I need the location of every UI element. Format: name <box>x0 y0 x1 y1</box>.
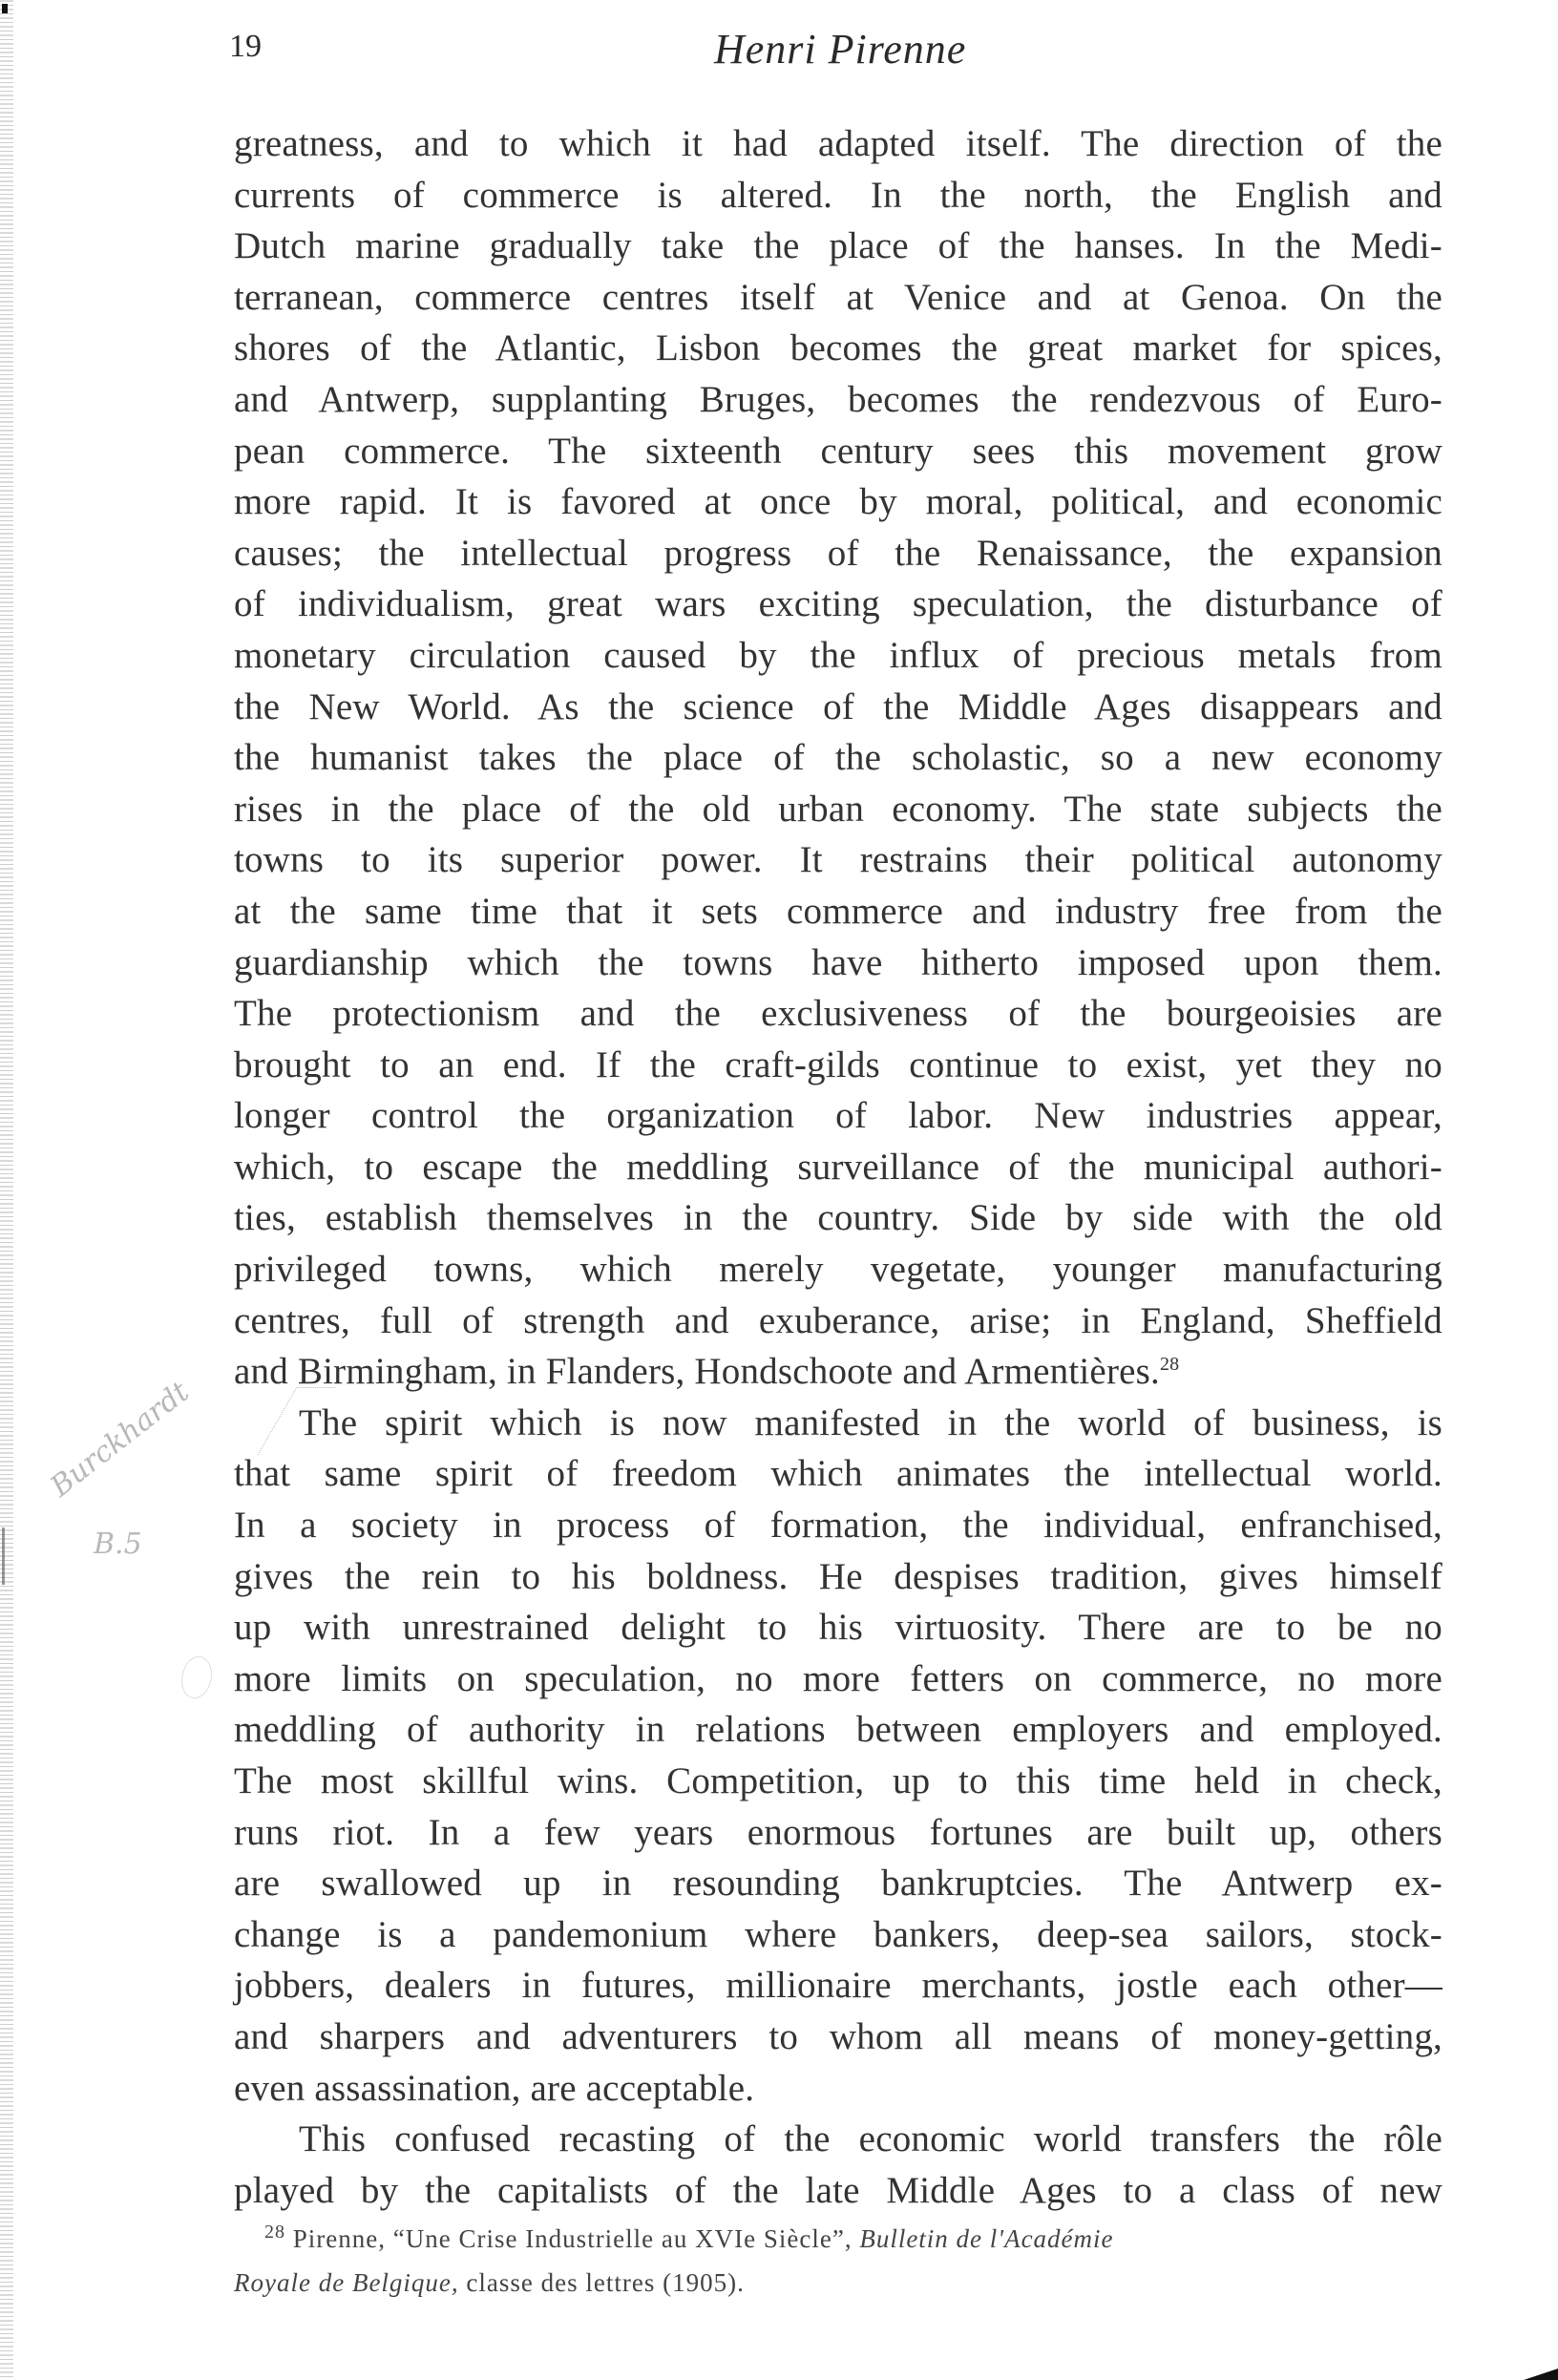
text-line: rises in the place of the old urban econ… <box>234 784 1442 835</box>
body-text: greatness, and to which it had adapted i… <box>234 118 1442 2216</box>
handwritten-margin-note: Burckhardt <box>44 1376 195 1504</box>
text-line: at the same time that it sets commerce a… <box>234 886 1442 937</box>
scan-binding-mark <box>2 1527 5 1585</box>
text-line: shores of the Atlantic, Lisbon becomes t… <box>234 323 1442 374</box>
scan-corner-mark <box>2 4 8 13</box>
scan-corner-shadow <box>1524 2369 1558 2380</box>
text-line: The most skillful wins. Competition, up … <box>234 1756 1442 1807</box>
footnote-reference: 28 <box>1160 1354 1179 1375</box>
footnote-article: “Une Crise Industrielle au XVIe Siècle”, <box>393 2224 860 2253</box>
text-line: meddling of authority in relations betwe… <box>234 1704 1442 1756</box>
text-line: and Antwerp, supplanting Bruges, becomes… <box>234 374 1442 426</box>
text-line: In a society in process of formation, th… <box>234 1500 1442 1551</box>
footnote-journal: Bulletin de l'Académie <box>859 2224 1113 2253</box>
text-line: guardianship which the towns have hither… <box>234 937 1442 989</box>
footnotes: 28 Pirenne, “Une Crise Industrielle au X… <box>234 2217 1442 2305</box>
margin-scribble-mark <box>174 1652 220 1702</box>
footnote-author: Pirenne, <box>293 2224 393 2253</box>
text-line: up with unrestrained delight to his virt… <box>234 1602 1442 1653</box>
text-line: that same spirit of freedom which animat… <box>234 1448 1442 1500</box>
text-line: longer control the organization of labor… <box>234 1090 1442 1142</box>
running-head: 19 Henri Pirenne <box>0 25 1558 82</box>
text-line: causes; the intellectual progress of the… <box>234 528 1442 579</box>
paragraph-start-line: The spirit which is now manifested in th… <box>234 1398 1442 1449</box>
text-line: pean commerce. The sixteenth century see… <box>234 426 1442 477</box>
text-line: towns to its superior power. It restrain… <box>234 834 1442 886</box>
footnote-line: Royale de Belgique, classe des lettres (… <box>234 2261 1442 2305</box>
footnote-number: 28 <box>264 2222 285 2243</box>
text-line: which, to escape the meddling surveillan… <box>234 1142 1442 1193</box>
text-line-with-footnote-ref: and Birmingham, in Flanders, Hondschoote… <box>234 1346 1442 1398</box>
text-line: centres, full of strength and exuberance… <box>234 1295 1442 1347</box>
text-line: gives the rein to his boldness. He despi… <box>234 1551 1442 1603</box>
footnote-rest: classe des lettres (1905). <box>459 2268 745 2297</box>
text-line-content: and Birmingham, in Flanders, Hondschoote… <box>234 1351 1160 1392</box>
text-line: more rapid. It is favored at once by mor… <box>234 476 1442 528</box>
text-line: ties, establish themselves in the countr… <box>234 1192 1442 1244</box>
text-line: monetary circulation caused by the influ… <box>234 630 1442 682</box>
page-number: 19 <box>229 29 262 65</box>
footnote-journal-cont: Royale de Belgique, <box>234 2268 459 2297</box>
paragraph-end-line: even assassination, are acceptable. <box>234 2063 1442 2115</box>
text-line: brought to an end. If the craft-gilds co… <box>234 1040 1442 1091</box>
running-title: Henri Pirenne <box>714 25 966 74</box>
book-page: 19 Henri Pirenne greatness, and to which… <box>0 0 1558 2380</box>
text-line: currents of commerce is altered. In the … <box>234 170 1442 221</box>
paragraph-start-line: This confused recasting of the economic … <box>234 2114 1442 2165</box>
text-line: the humanist takes the place of the scho… <box>234 732 1442 784</box>
text-line: terranean, commerce centres itself at Ve… <box>234 272 1442 324</box>
handwritten-margin-note-ref: B.5 <box>94 1527 142 1561</box>
text-line: and sharpers and adventurers to whom all… <box>234 2011 1442 2063</box>
footnote-line: 28 Pirenne, “Une Crise Industrielle au X… <box>234 2217 1442 2261</box>
text-line: jobbers, dealers in futures, millionaire… <box>234 1960 1442 2011</box>
text-line: played by the capitalists of the late Mi… <box>234 2165 1442 2217</box>
text-line: The protectionism and the exclusiveness … <box>234 988 1442 1040</box>
text-line: of individualism, great wars exciting sp… <box>234 579 1442 630</box>
text-line: greatness, and to which it had adapted i… <box>234 118 1442 170</box>
text-line: the New World. As the science of the Mid… <box>234 682 1442 733</box>
text-line: are swallowed up in resounding bankruptc… <box>234 1858 1442 1909</box>
text-line: privileged towns, which merely vegetate,… <box>234 1244 1442 1295</box>
text-line: change is a pandemonium where bankers, d… <box>234 1909 1442 1961</box>
text-line: more limits on speculation, no more fett… <box>234 1653 1442 1705</box>
text-line: runs riot. In a few years enormous fortu… <box>234 1807 1442 1859</box>
text-line: Dutch marine gradually take the place of… <box>234 221 1442 272</box>
scan-binding-edge <box>0 0 13 2380</box>
